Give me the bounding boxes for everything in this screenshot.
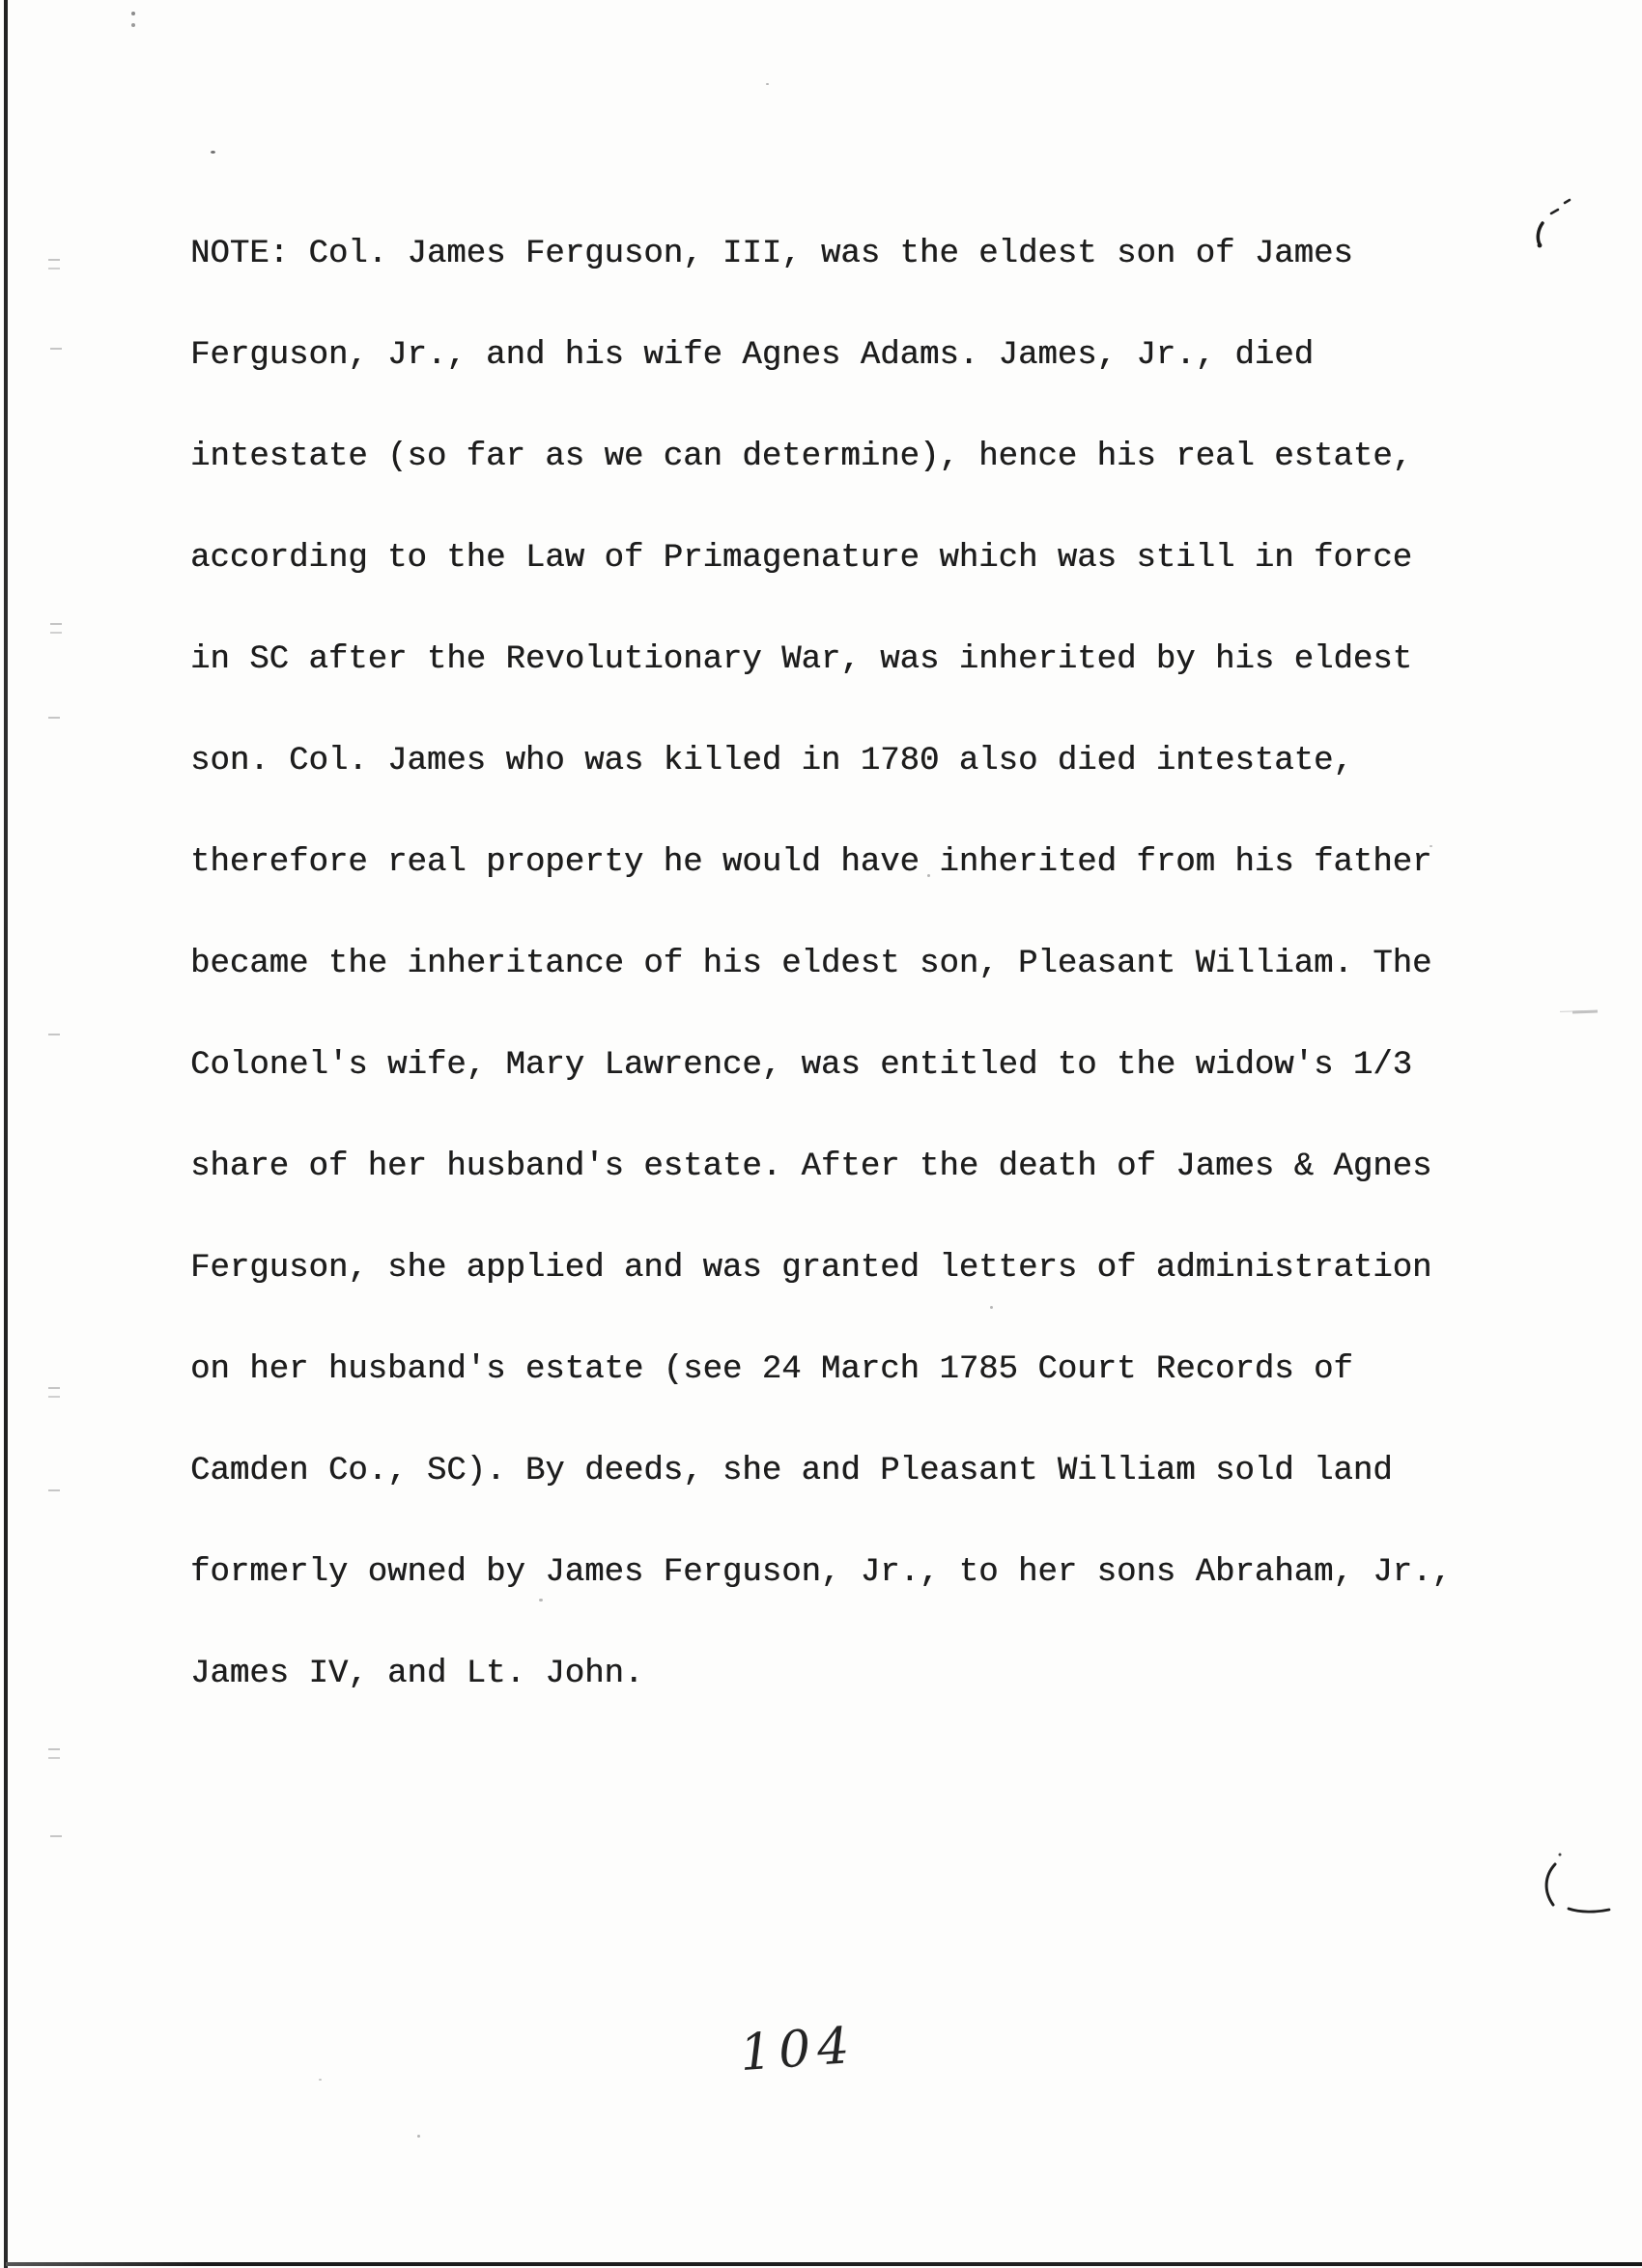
- margin-tick: [48, 259, 60, 269]
- colon-specks: [131, 12, 135, 15]
- note-line: James IV, and Lt. John.: [190, 1658, 1452, 1691]
- margin-tick: [48, 1034, 60, 1038]
- margin-tick: [50, 623, 62, 634]
- note-paragraph: NOTE: Col. James Ferguson, III, was the …: [190, 170, 1452, 1759]
- margin-tick: [48, 1387, 60, 1398]
- margin-tick: [48, 717, 60, 722]
- margin-tick: [48, 1748, 60, 1759]
- scan-speck: [417, 2135, 420, 2138]
- scan-speck: [990, 1306, 993, 1309]
- note-line: in SC after the Revolutionary War, was i…: [190, 643, 1452, 677]
- ink-paren-mark: [1532, 1851, 1621, 1916]
- margin-tick: [48, 1489, 60, 1494]
- scan-speck: [211, 151, 215, 154]
- note-line: Ferguson, she applied and was granted le…: [190, 1252, 1452, 1286]
- note-line: on her husband's estate (see 24 March 17…: [190, 1353, 1452, 1387]
- handwritten-page-number: 104: [738, 2017, 858, 2083]
- scan-edge-bottom: [6, 2262, 1642, 2266]
- margin-tick: [50, 1835, 62, 1840]
- note-line: intestate (so far as we can determine), …: [190, 440, 1452, 474]
- note-line: son. Col. James who was killed in 1780 a…: [190, 745, 1452, 779]
- scan-speck: [1430, 845, 1432, 847]
- note-line: Colonel's wife, Mary Lawrence, was entit…: [190, 1049, 1452, 1083]
- note-line: share of her husband's estate. After the…: [190, 1150, 1452, 1184]
- note-line: Camden Co., SC). By deeds, she and Pleas…: [190, 1455, 1452, 1488]
- note-line: became the inheritance of his eldest son…: [190, 948, 1452, 981]
- ink-curl-mark: [1528, 197, 1572, 249]
- scan-speck: [539, 1599, 543, 1602]
- note-line: according to the Law of Primagenature wh…: [190, 542, 1452, 576]
- faint-dash-mark: [1572, 1010, 1598, 1014]
- scan-speck: [927, 874, 930, 877]
- scan-speck: [319, 2079, 322, 2081]
- note-line: NOTE: Col. James Ferguson, III, was the …: [190, 238, 1452, 271]
- note-line: therefore real property he would have in…: [190, 846, 1452, 880]
- margin-tick: [50, 348, 62, 353]
- scanned-page: NOTE: Col. James Ferguson, III, was the …: [0, 0, 1642, 2268]
- note-line: Ferguson, Jr., and his wife Agnes Adams.…: [190, 339, 1452, 373]
- scan-speck: [766, 83, 769, 85]
- scan-edge-left: [4, 0, 8, 2268]
- note-line: formerly owned by James Ferguson, Jr., t…: [190, 1556, 1452, 1590]
